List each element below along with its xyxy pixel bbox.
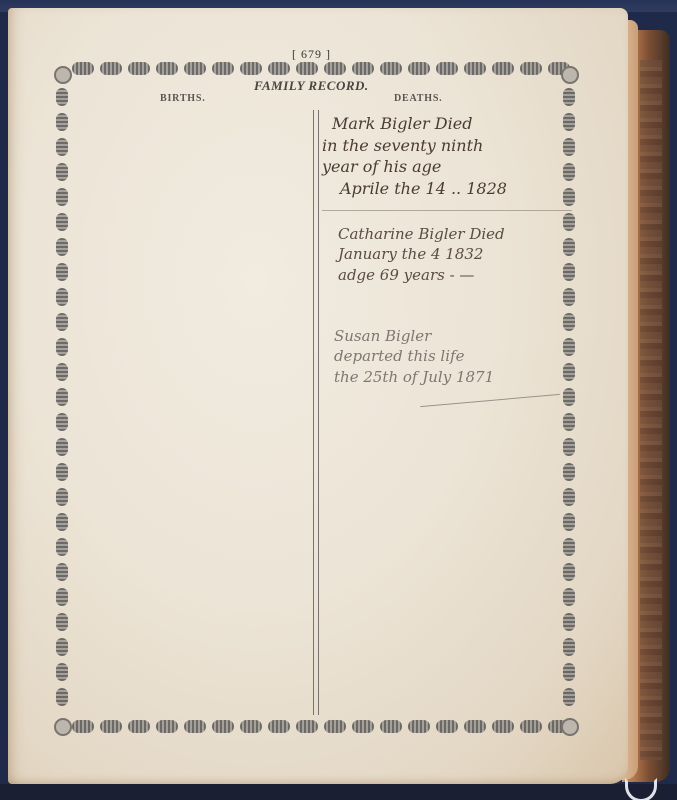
ornamental-border-bottom: [72, 720, 570, 733]
death-entry-catharine-bigler: Catharine Bigler Died January the 4 1832…: [322, 224, 505, 285]
entry-line: Mark Bigler Died: [322, 113, 507, 135]
entry-line: adge 69 years - —: [322, 265, 505, 285]
entry-line: in the seventy ninth: [322, 135, 507, 157]
entry-line: Catharine Bigler Died: [322, 224, 505, 244]
worn-leather-edge: [640, 60, 662, 760]
deaths-column-header: DEATHS.: [394, 93, 442, 104]
background-surface: [0, 784, 677, 800]
corner-ornament-top-left: [54, 66, 72, 84]
births-column-header: BIRTHS.: [160, 93, 206, 104]
entry-line: the 25th of July 1871: [322, 367, 494, 387]
ornamental-border-right: [563, 88, 575, 706]
death-entry-mark-bigler: Mark Bigler Died in the seventy ninth ye…: [322, 113, 507, 199]
births-column: [75, 110, 310, 710]
entry-line: Aprile the 14 .. 1828: [322, 178, 507, 200]
entry-line: Susan Bigler: [322, 326, 494, 346]
corner-ornament-top-right: [561, 66, 579, 84]
corner-ornament-bottom-left: [54, 718, 72, 736]
entry-line: year of his age: [322, 156, 507, 178]
death-entry-susan-bigler: Susan Bigler departed this life the 25th…: [322, 326, 494, 387]
metal-ring: [625, 778, 657, 800]
ornamental-border-top: [72, 62, 570, 75]
entry-line: departed this life: [322, 346, 494, 366]
column-divider: [313, 110, 319, 715]
page-number: [ 679 ]: [292, 47, 331, 62]
corner-ornament-bottom-right: [561, 718, 579, 736]
ornamental-border-left: [56, 88, 68, 706]
entry-line: January the 4 1832: [322, 244, 505, 264]
page-title: FAMILY RECORD.: [254, 78, 369, 94]
entry-separator: [322, 210, 572, 211]
